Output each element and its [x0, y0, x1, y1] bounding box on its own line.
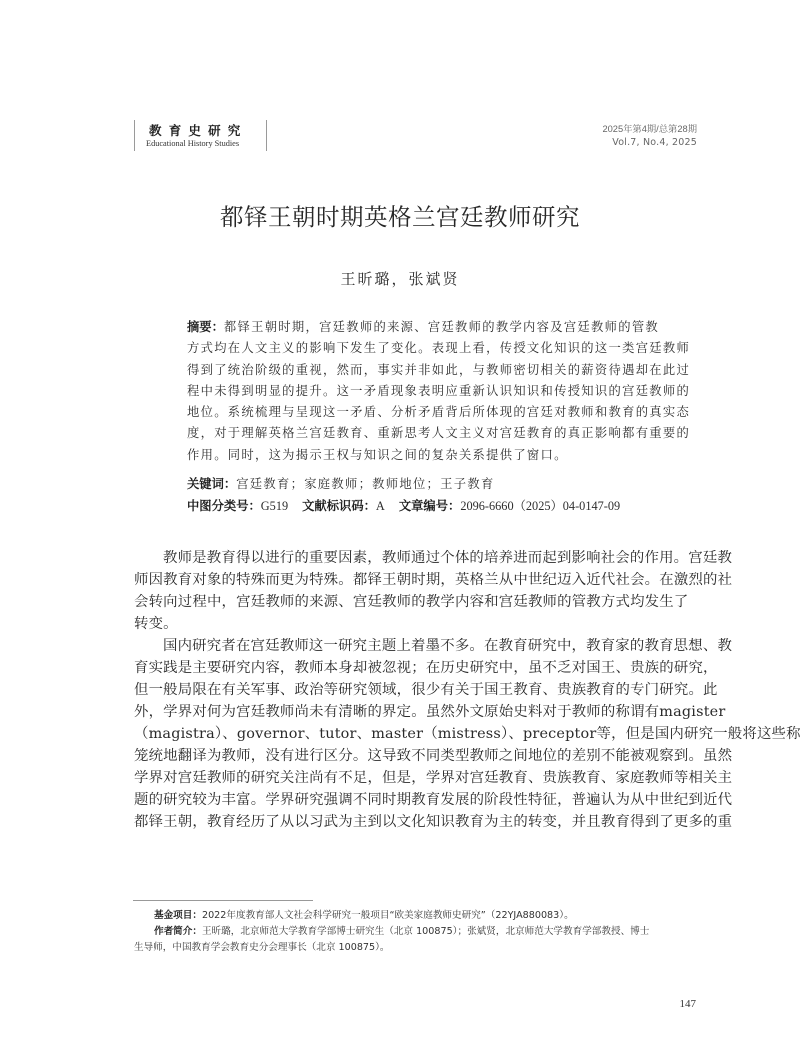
body-line: 会转向过程中，宫廷教师的来源、宫廷教师的教学内容和宫廷教师的管教方式均发生了: [134, 591, 667, 613]
abstract-line: 程中未得到明显的提升。这一矛盾现象表明应重新认识知识和传授知识的宫廷教师的: [187, 381, 657, 402]
body-line: 国内研究者在宫廷教师这一研究主题上着墨不多。在教育研究中，教育家的教育思想、教: [134, 635, 667, 657]
body-line: 育实践是主要研究内容，教师本身却被忽视；在历史研究中，虽不乏对国王、贵族的研究，: [134, 657, 667, 679]
body-line: 题的研究较为丰富。学界研究强调不同时期教育发展的阶段性特征，普遍认为从中世纪到近…: [134, 789, 667, 811]
abstract-line: 作用。同时，这为揭示王权与知识之间的复杂关系提供了窗口。: [187, 445, 657, 466]
abstract-line: 度，对于理解英格兰宫廷教育、重新思考人文主义对宫廷教育的真正影响都有重要的: [187, 423, 657, 444]
body-line: 外，学界对何为宫廷教师尚未有清晰的界定。虽然外文原始史料对于教师的称谓有magi…: [134, 701, 667, 723]
issue-info-cn: 2025年第4期/总第28期: [602, 121, 697, 135]
body-line: 学界对宫廷教师的研究关注尚有不足，但是，学界对宫廷教育、贵族教育、家庭教师等相关…: [134, 767, 667, 789]
doc-code-label: 文献标识码：: [302, 499, 376, 513]
keywords-label: 关键词：: [187, 477, 236, 491]
author-note: 作者简介：王昕璐，北京师范大学教育学部博士研究生（北京 100875）；张斌贤，…: [134, 924, 694, 940]
abstract: 摘要：都铎王朝时期，宫廷教师的来源、宫廷教师的教学内容及宫廷教师的管教 方式均在…: [187, 317, 657, 466]
article-title: 都铎王朝时期英格兰宫廷教师研究: [0, 198, 800, 232]
body-line: 都铎王朝，教育经历了从以习武为主到以文化知识教育为主的转变，并且教育得到了更多的…: [134, 811, 667, 833]
fund-label: 基金项目：: [154, 910, 202, 921]
doc-code-value: A: [376, 499, 385, 513]
issue-info-en: Vol.7, No.4, 2025: [612, 137, 697, 148]
author-note-cont: 生导师，中国教育学会教育史分会理事长（北京 100875）。: [134, 940, 694, 956]
author-bio-text: 王昕璐，北京师范大学教育学部博士研究生（北京 100875）；张斌贤，北京师范大…: [202, 926, 649, 937]
body-text: 教师是教育得以进行的重要因素，教师通过个体的培养进而起到影响社会的作用。宫廷教 …: [134, 547, 667, 833]
abstract-line: 地位。系统梳理与呈现这一矛盾、分析矛盾背后所体现的宫廷对教师和教育的真实态: [187, 402, 657, 423]
fund-text: 2022年度教育部人文社会科学研究一般项目“欧美家庭教师史研究”（22YJA88…: [202, 910, 574, 921]
journal-logo: 教育史研究 Educational History Studies: [134, 120, 267, 151]
keywords-value: 宫廷教育；家庭教师；教师地位；王子教育: [236, 477, 494, 491]
author-bio-label: 作者简介：: [154, 926, 202, 937]
article-authors: 王昕璐，张斌贤: [0, 268, 800, 289]
footnotes: 基金项目：2022年度教育部人文社会科学研究一般项目“欧美家庭教师史研究”（22…: [134, 908, 694, 956]
abstract-line: 得到了统治阶级的重视，然而，事实并非如此，与教师密切相关的薪资待遇却在此过: [187, 360, 657, 381]
article-no-value: 2096-6660（2025）04-0147-09: [460, 499, 620, 513]
journal-name-cn: 教育史研究: [149, 121, 248, 139]
keywords: 关键词：宫廷教育；家庭教师；教师地位；王子教育: [187, 474, 495, 492]
body-line: 教师是教育得以进行的重要因素，教师通过个体的培养进而起到影响社会的作用。宫廷教: [134, 547, 667, 569]
article-no-label: 文章编号：: [399, 499, 461, 513]
abstract-label: 摘要：: [187, 320, 224, 334]
body-line: 转变。: [134, 613, 667, 635]
journal-name-en: Educational History Studies: [146, 139, 239, 148]
classification-info: 中图分类号：G519文献标识码：A文章编号：2096-6660（2025）04-…: [187, 496, 620, 514]
body-line: （magistra）、governor、tutor、master（mistres…: [134, 723, 667, 745]
fund-note: 基金项目：2022年度教育部人文社会科学研究一般项目“欧美家庭教师史研究”（22…: [134, 908, 694, 924]
clc-value: G519: [261, 499, 288, 513]
clc-label: 中图分类号：: [187, 499, 261, 513]
body-line: 师因教育对象的特殊而更为特殊。都铎王朝时期，英格兰从中世纪迈入近代社会。在激烈的…: [134, 569, 667, 591]
body-line: 笼统地翻译为教师，没有进行区分。这导致不同类型教师之间地位的差别不能被观察到。虽…: [134, 745, 667, 767]
abstract-line: 摘要：都铎王朝时期，宫廷教师的来源、宫廷教师的教学内容及宫廷教师的管教: [187, 317, 657, 338]
abstract-line: 方式均在人文主义的影响下发生了变化。表现上看，传授文化知识的这一类宫廷教师: [187, 338, 657, 359]
body-line: 但一般局限在有关军事、政治等研究领域，很少有关于国王教育、贵族教育的专门研究。此: [134, 679, 667, 701]
footnote-divider: [133, 900, 313, 901]
page-number: 147: [680, 998, 697, 1010]
